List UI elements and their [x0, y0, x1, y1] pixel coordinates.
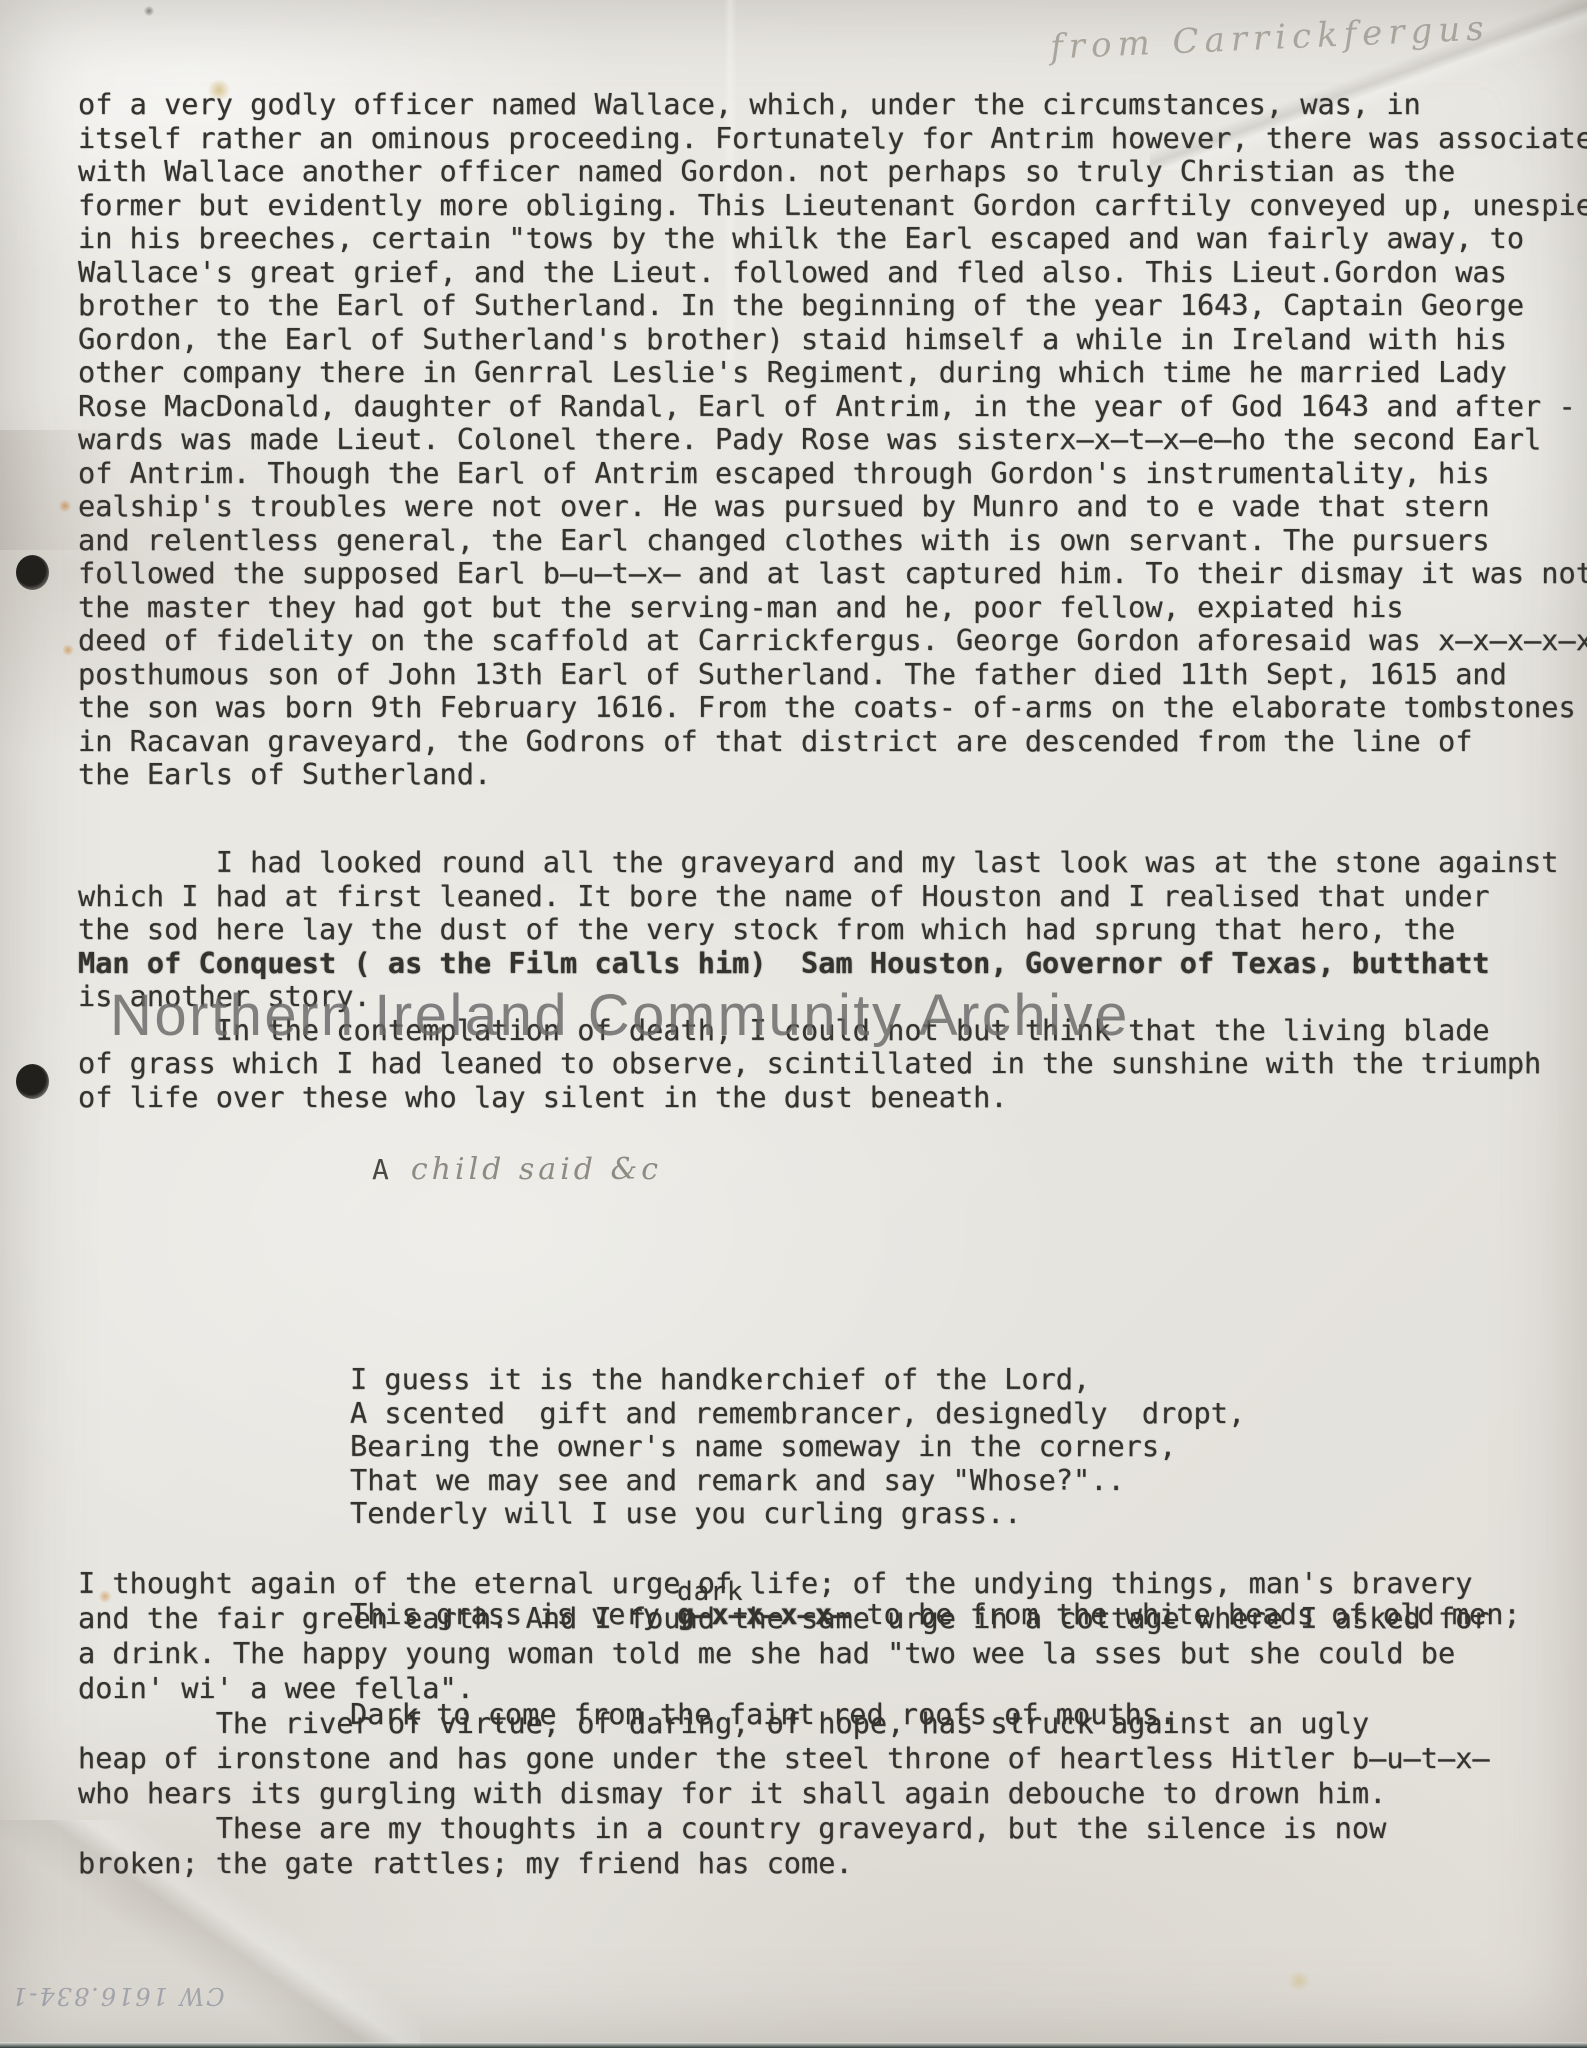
text-line: A scented gift and remembrancer, designe…: [350, 1397, 1521, 1431]
text-line: which I had at first leaned. It bore the…: [78, 880, 1558, 914]
typed-letter-a: A: [372, 1153, 393, 1186]
pencil-note-mid-page: Achild said &c: [372, 1152, 662, 1187]
text-line: heap of ironstone and has gone under the…: [78, 1741, 1490, 1776]
text-line: of grass which I had leaned to observe, …: [78, 1047, 1558, 1081]
text-line: Wallace's great grief, and the Lieut. fo…: [78, 256, 1587, 290]
paper-stain: [58, 500, 72, 512]
text-line: Rose MacDonald, daughter of Randal, Earl…: [78, 390, 1587, 424]
punch-hole: [16, 1064, 49, 1099]
text-line: the master they had got but the serving-…: [78, 591, 1587, 625]
text-line: broken; the gate rattles; my friend has …: [78, 1846, 1490, 1881]
paper-stain: [1286, 1972, 1312, 1990]
text-line: of Antrim. Though the Earl of Antrim esc…: [78, 457, 1587, 491]
text-line: in Racavan graveyard, the Godrons of tha…: [78, 725, 1587, 759]
text-line: the sod here lay the dust of the very st…: [78, 913, 1558, 947]
pencil-note-text: child said &c: [411, 1152, 662, 1187]
text-line: itself rather an ominous proceeding. For…: [78, 122, 1587, 156]
typed-paragraph-3: I thought again of the eternal urge of l…: [78, 1566, 1490, 1881]
text-line: a drink. The happy young woman told me s…: [78, 1636, 1490, 1671]
text-line: ealship's troubles were not over. He was…: [78, 490, 1587, 524]
text-line: That we may see and remark and say "Whos…: [350, 1464, 1521, 1498]
text-line: and the fair green earth. And I found th…: [78, 1601, 1490, 1636]
text-line: These are my thoughts in a country grave…: [78, 1811, 1490, 1846]
text-line: posthumous son of John 13th Earl of Suth…: [78, 658, 1587, 692]
text-line: and relentless general, the Earl changed…: [78, 524, 1587, 558]
text-line: other company there in Genrral Leslie's …: [78, 356, 1587, 390]
typed-paragraph-1: of a very godly officer named Wallace, w…: [78, 88, 1587, 792]
text-line: the son was born 9th February 1616. From…: [78, 691, 1587, 725]
pencil-note-top-right: from Carrickfergus: [1049, 4, 1580, 67]
text-line: deed of fidelity on the scaffold at Carr…: [78, 624, 1587, 658]
text-line: Gordon, the Earl of Sutherland's brother…: [78, 323, 1587, 357]
text-line: Tenderly will I use you curling grass..: [350, 1497, 1521, 1531]
poem-lines-before: I guess it is the handkerchief of the Lo…: [350, 1363, 1521, 1531]
text-line: in his breeches, certain "tows by the wh…: [78, 222, 1587, 256]
text-line: brother to the Earl of Sutherland. In th…: [78, 289, 1587, 323]
text-line: of a very godly officer named Wallace, w…: [78, 88, 1587, 122]
text-line: former but evidently more obliging. This…: [78, 189, 1587, 223]
text-line: The river of virtue, of daring, of hope,…: [78, 1706, 1490, 1741]
scan-bottom-edge: [0, 2042, 1587, 2048]
text-line: doin' wi' a wee fella".: [78, 1671, 1490, 1706]
accession-number: CW 1616.834-1: [10, 1982, 225, 2010]
paper-stain: [62, 644, 74, 656]
archive-watermark: Northern Ireland Community Archive: [110, 982, 1130, 1049]
typed-paragraph-2: I had looked round all the graveyard and…: [78, 846, 1558, 1114]
text-line: who hears its gurgling with dismay for i…: [78, 1776, 1490, 1811]
text-line: followed the supposed Earl b̶u̶t̶x̶ and …: [78, 557, 1587, 591]
paper-stain: [144, 6, 154, 16]
text-line: Man of Conquest ( as the Film calls him)…: [78, 947, 1558, 981]
text-line: the Earls of Sutherland.: [78, 758, 1587, 792]
text-line: wards was made Lieut. Colonel there. Pad…: [78, 423, 1587, 457]
text-line: of life over these who lay silent in the…: [78, 1081, 1558, 1115]
text-line: with Wallace another officer named Gordo…: [78, 155, 1587, 189]
text-line: I had looked round all the graveyard and…: [78, 846, 1558, 880]
scanned-document-page: from Carrickfergus of a very godly offic…: [0, 0, 1587, 2048]
text-line: Bearing the owner's name someway in the …: [350, 1430, 1521, 1464]
text-line: I thought again of the eternal urge of l…: [78, 1566, 1490, 1601]
punch-hole: [16, 555, 49, 590]
text-line: I guess it is the handkerchief of the Lo…: [350, 1363, 1521, 1397]
